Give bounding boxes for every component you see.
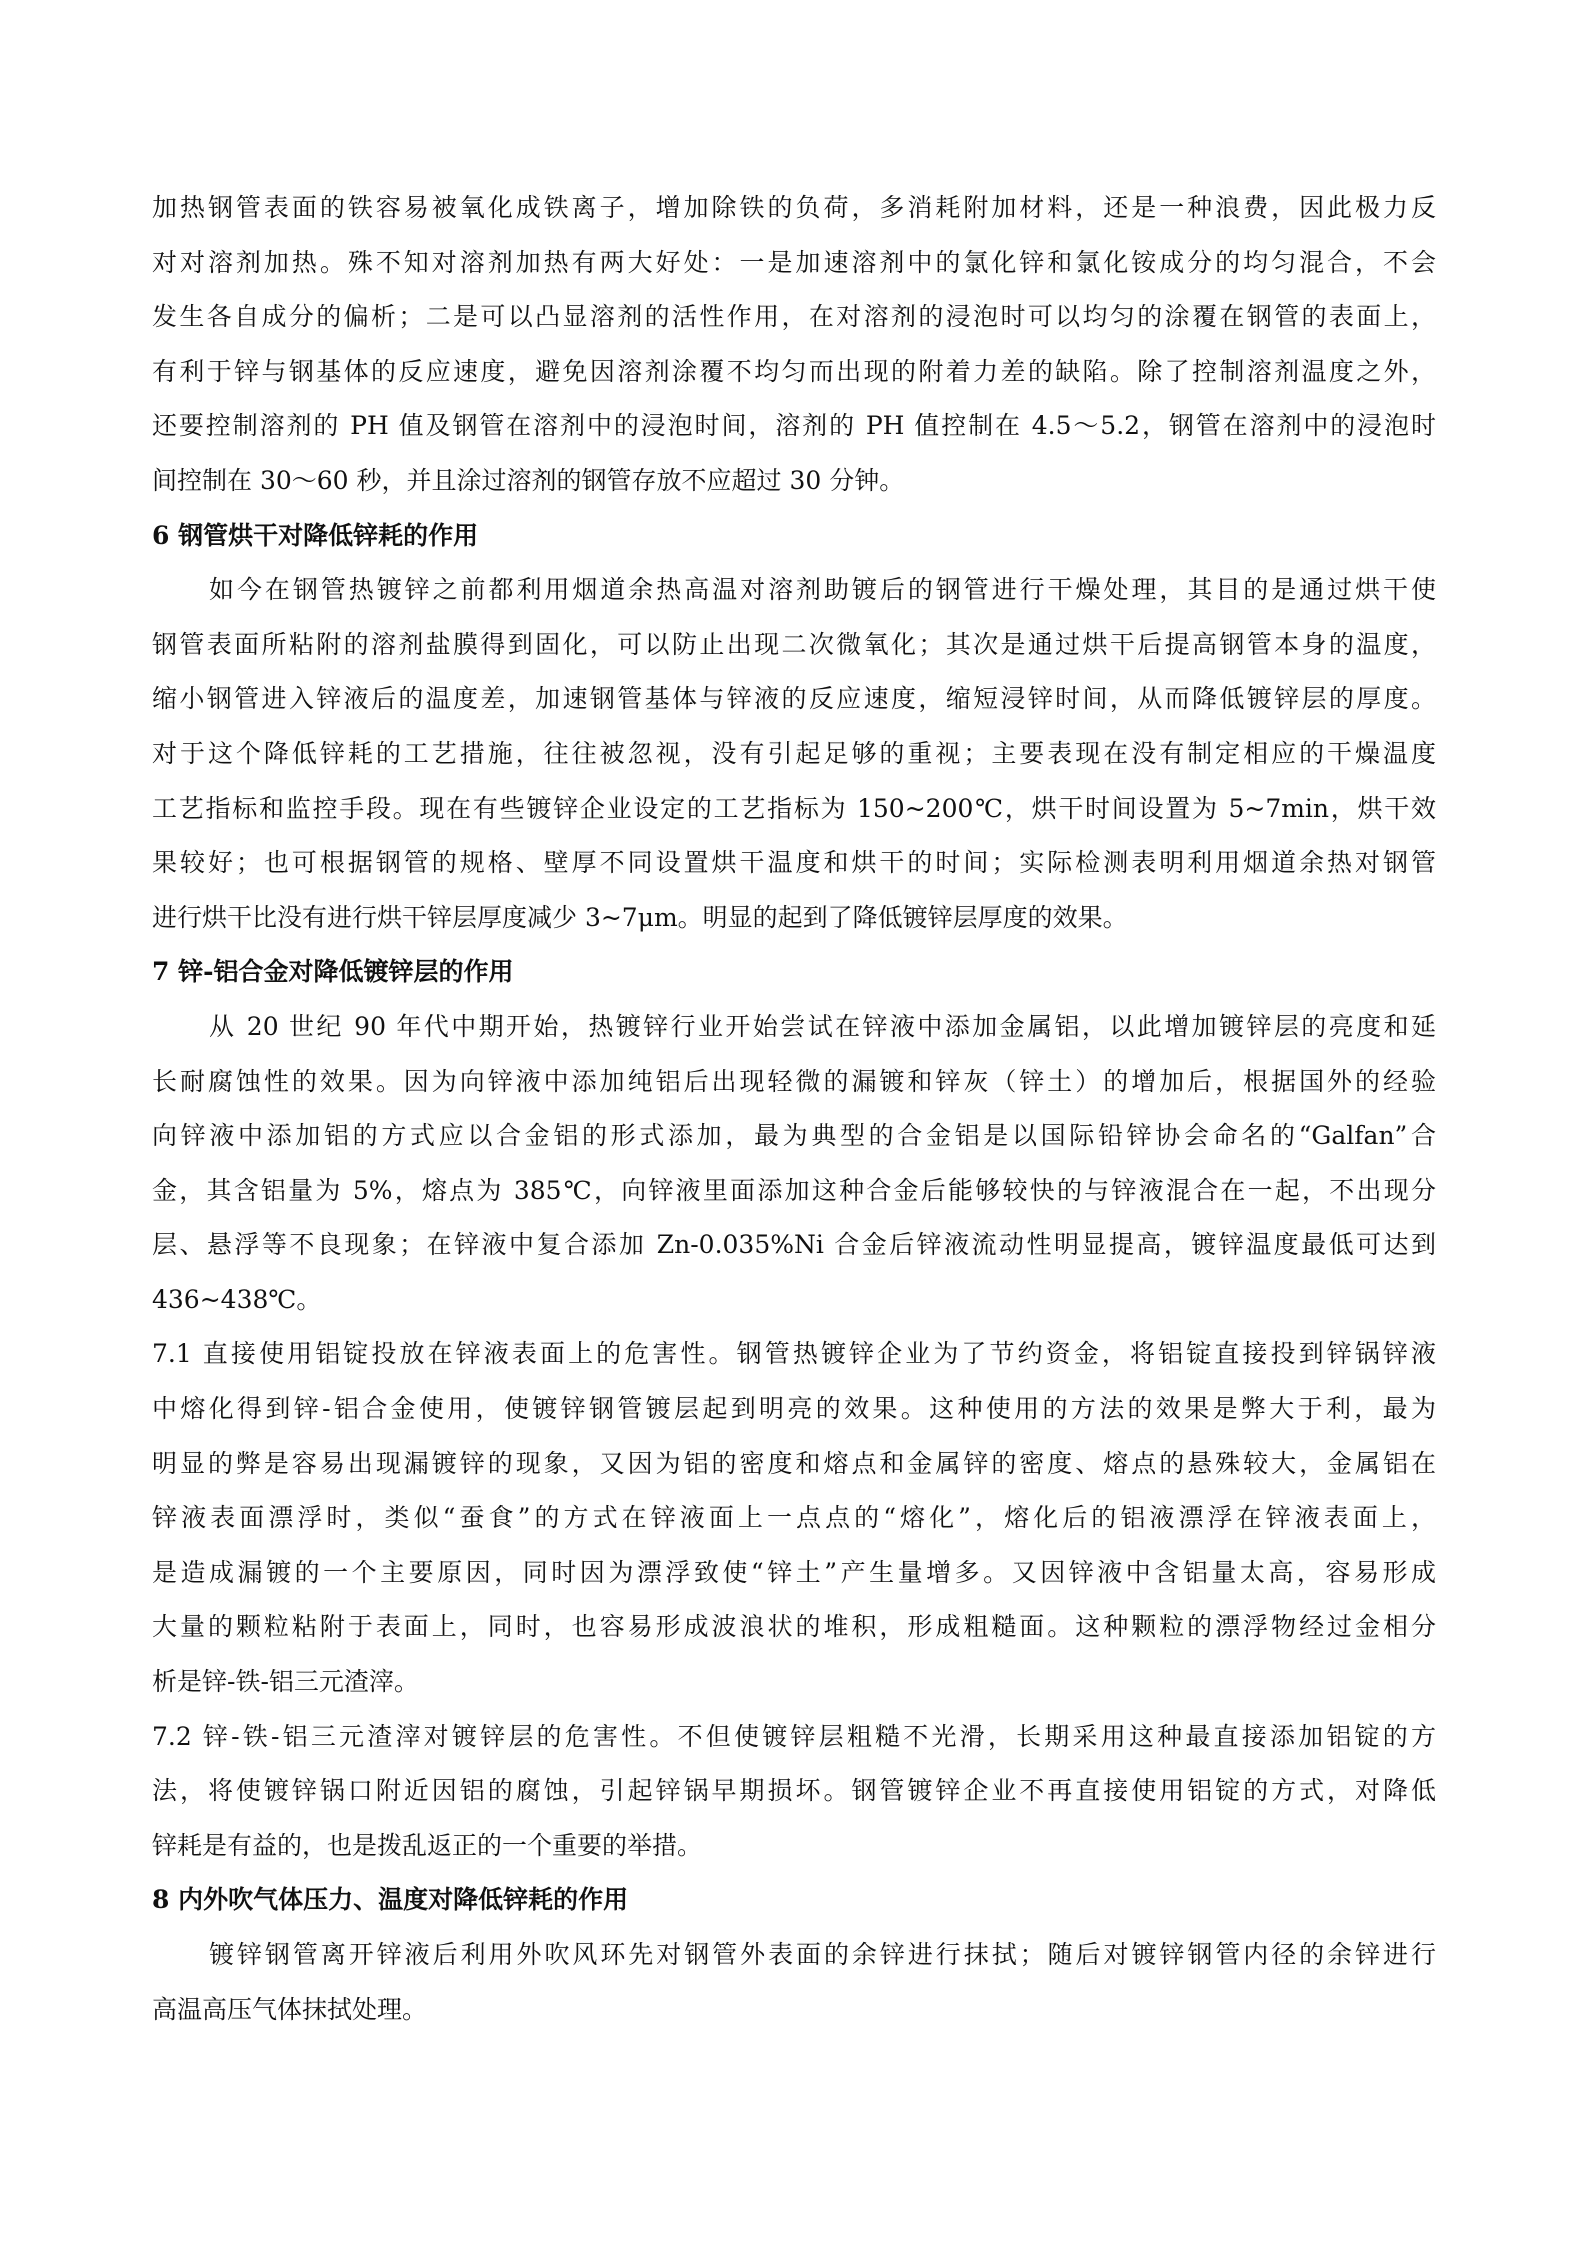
text-line: 层、悬浮等不良现象；在锌液中复合添加 Zn-0.035%Ni 合金后锌液流动性明… [152, 1218, 1436, 1273]
paragraph-drying: 如今在钢管热镀锌之前都利用烟道余热高温对溶剂助镀后的钢管进行干燥处理，其目的是通… [152, 563, 1436, 945]
text-line: 向锌液中添加铝的方式应以合金铝的形式添加，最为典型的合金铝是以国际铅锌协会命名的… [152, 1109, 1436, 1164]
text-line: 是造成漏镀的一个主要原因，同时因为漂浮致使“锌土”产生量增多。又因锌液中含铝量太… [152, 1546, 1436, 1601]
text-line: 还要控制溶剂的 PH 值及钢管在溶剂中的浸泡时间，溶剂的 PH 值控制在 4.5… [152, 399, 1436, 454]
text-line: 进行烘干比没有进行烘干锌层厚度减少 3~7μm。明显的起到了降低镀锌层厚度的效果… [152, 891, 1436, 946]
text-line: 镀锌钢管离开锌液后利用外吹风环先对钢管外表面的余锌进行抹拭；随后对镀锌钢管内径的… [152, 1928, 1436, 1983]
text-line: 析是锌-铁-铝三元渣滓。 [152, 1655, 1436, 1710]
text-line: 法，将使镀锌锅口附近因铝的腐蚀，引起锌锅早期损坏。钢管镀锌企业不再直接使用铝锭的… [152, 1764, 1436, 1819]
text-line: 金，其含铝量为 5%，熔点为 385℃，向锌液里面添加这种合金后能够较快的与锌液… [152, 1164, 1436, 1219]
text-line: 436~438℃。 [152, 1273, 1436, 1328]
text-line: 7.2 锌-铁-铝三元渣滓对镀锌层的危害性。不但使镀锌层粗糙不光滑，长期采用这种… [152, 1710, 1436, 1765]
paragraph-7-1: 7.1 直接使用铝锭投放在锌液表面上的危害性。钢管热镀锌企业为了节约资金，将铝锭… [152, 1327, 1436, 1709]
text-line: 对于这个降低锌耗的工艺措施，往往被忽视，没有引起足够的重视；主要表现在没有制定相… [152, 727, 1436, 782]
text-line: 锌液表面漂浮时，类似“蚕食”的方式在锌液面上一点点的“熔化”，熔化后的铝液漂浮在… [152, 1491, 1436, 1546]
text-line: 大量的颗粒粘附于表面上，同时，也容易形成波浪状的堆积，形成粗糙面。这种颗粒的漂浮… [152, 1600, 1436, 1655]
paragraph-solvent-heating: 加热钢管表面的铁容易被氧化成铁离子，增加除铁的负荷，多消耗附加材料，还是一种浪费… [152, 181, 1436, 509]
text-line: 缩小钢管进入锌液后的温度差，加速钢管基体与锌液的反应速度，缩短浸锌时间，从而降低… [152, 672, 1436, 727]
paragraph-air-blowing: 镀锌钢管离开锌液后利用外吹风环先对钢管外表面的余锌进行抹拭；随后对镀锌钢管内径的… [152, 1928, 1436, 2037]
text-line: 间控制在 30～60 秒，并且涂过溶剂的钢管存放不应超过 30 分钟。 [152, 454, 1436, 509]
section-heading-7: 7 锌-铝合金对降低镀锌层的作用 [152, 945, 1436, 1000]
text-line: 果较好；也可根据钢管的规格、壁厚不同设置烘干温度和烘干的时间；实际检测表明利用烟… [152, 836, 1436, 891]
text-line: 明显的弊是容易出现漏镀锌的现象，又因为铝的密度和熔点和金属锌的密度、熔点的悬殊较… [152, 1437, 1436, 1492]
text-line: 发生各自成分的偏析；二是可以凸显溶剂的活性作用，在对溶剂的浸泡时可以均匀的涂覆在… [152, 290, 1436, 345]
text-line: 对对溶剂加热。殊不知对溶剂加热有两大好处：一是加速溶剂中的氯化锌和氯化铵成分的均… [152, 236, 1436, 291]
paragraph-7-2: 7.2 锌-铁-铝三元渣滓对镀锌层的危害性。不但使镀锌层粗糙不光滑，长期采用这种… [152, 1710, 1436, 1874]
text-line: 中熔化得到锌-铝合金使用，使镀锌钢管镀层起到明亮的效果。这种使用的方法的效果是弊… [152, 1382, 1436, 1437]
text-line: 高温高压气体抹拭处理。 [152, 1983, 1436, 2038]
paragraph-zinc-aluminum: 从 20 世纪 90 年代中期开始，热镀锌行业开始尝试在锌液中添加金属铝，以此增… [152, 1000, 1436, 1328]
section-heading-8: 8 内外吹气体压力、温度对降低锌耗的作用 [152, 1873, 1436, 1928]
text-line: 工艺指标和监控手段。现在有些镀锌企业设定的工艺指标为 150~200℃，烘干时间… [152, 782, 1436, 837]
text-line: 7.1 直接使用铝锭投放在锌液表面上的危害性。钢管热镀锌企业为了节约资金，将铝锭… [152, 1327, 1436, 1382]
text-line: 有利于锌与钢基体的反应速度，避免因溶剂涂覆不均匀而出现的附着力差的缺陷。除了控制… [152, 345, 1436, 400]
text-line: 锌耗是有益的，也是拨乱返正的一个重要的举措。 [152, 1819, 1436, 1874]
section-heading-6: 6 钢管烘干对降低锌耗的作用 [152, 509, 1436, 564]
text-line: 加热钢管表面的铁容易被氧化成铁离子，增加除铁的负荷，多消耗附加材料，还是一种浪费… [152, 181, 1436, 236]
text-line: 钢管表面所粘附的溶剂盐膜得到固化，可以防止出现二次微氧化；其次是通过烘干后提高钢… [152, 618, 1436, 673]
text-line: 从 20 世纪 90 年代中期开始，热镀锌行业开始尝试在锌液中添加金属铝，以此增… [152, 1000, 1436, 1055]
text-line: 长耐腐蚀性的效果。因为向锌液中添加纯铝后出现轻微的漏镀和锌灰（锌土）的增加后，根… [152, 1055, 1436, 1110]
document-page: 加热钢管表面的铁容易被氧化成铁离子，增加除铁的负荷，多消耗附加材料，还是一种浪费… [152, 181, 1436, 2037]
text-line: 如今在钢管热镀锌之前都利用烟道余热高温对溶剂助镀后的钢管进行干燥处理，其目的是通… [152, 563, 1436, 618]
